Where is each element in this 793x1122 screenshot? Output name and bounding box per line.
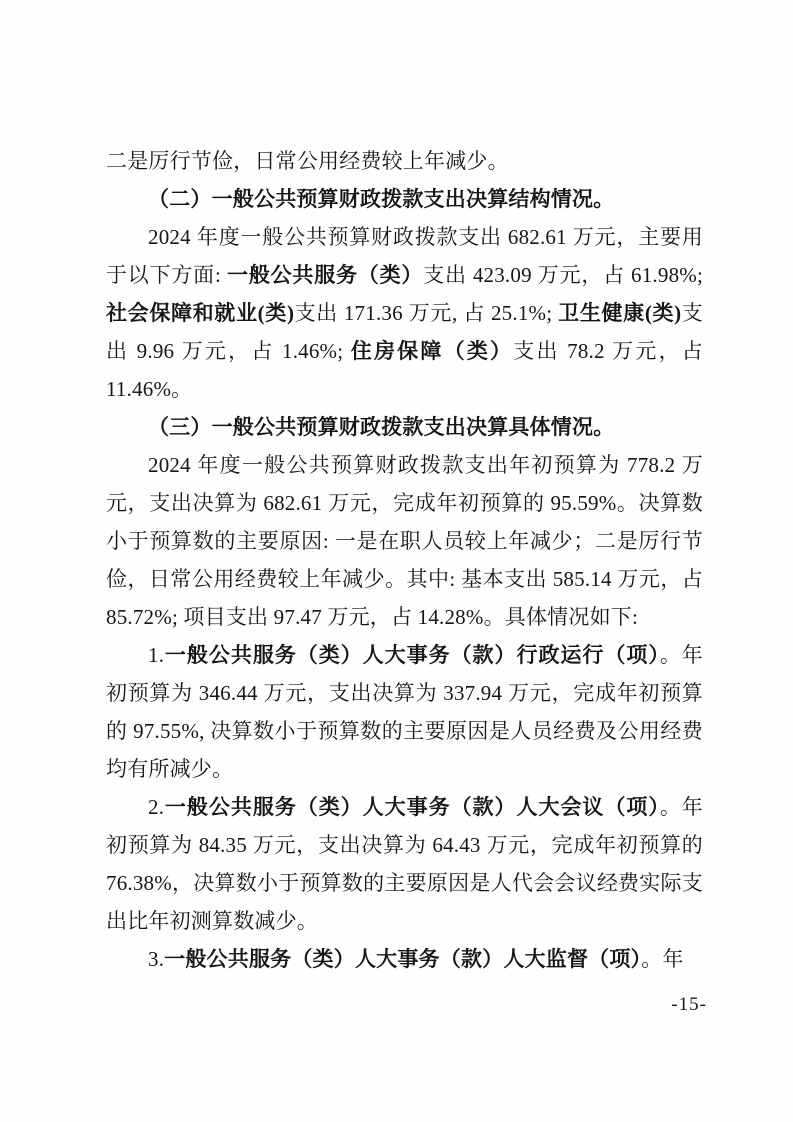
text-run: 1. xyxy=(148,643,164,667)
bold-text-run: （二）一般公共预算财政拨款支出决算结构情况。 xyxy=(148,187,614,211)
paragraph: 2024 年度一般公共预算财政拨款支出年初预算为 778.2 万元，支出决算为 … xyxy=(106,446,703,636)
text-run: 二是厉行节俭，日常公用经费较上年减少。 xyxy=(106,149,509,173)
paragraph: 二是厉行节俭，日常公用经费较上年减少。 xyxy=(106,142,703,180)
document-body: 二是厉行节俭，日常公用经费较上年减少。（二）一般公共预算财政拨款支出决算结构情况… xyxy=(106,142,703,978)
bold-text-run: 社会保障和就业(类) xyxy=(106,301,294,325)
bold-text-run: 一般公共服务（类） xyxy=(227,263,423,287)
text-run: 支出 423.09 万元，占 61.98%; xyxy=(423,263,703,287)
bold-text-run: 一般公共服务（类）人大事务（款）人大监督（项） xyxy=(164,947,641,971)
text-run: 3. xyxy=(148,947,164,971)
text-run: 2024 年度一般公共预算财政拨款支出年初预算为 778.2 万元，支出决算为 … xyxy=(106,453,703,629)
paragraph: （二）一般公共预算财政拨款支出决算结构情况。 xyxy=(106,180,703,218)
bold-text-run: 一般公共服务（类）人大事务（款）行政运行（项） xyxy=(164,643,660,667)
bold-text-run: 一般公共服务（类）人大事务（款）人大会议（项） xyxy=(164,795,660,819)
text-run: 支出 171.36 万元, 占 25.1%; xyxy=(294,301,558,325)
text-run: 2. xyxy=(148,795,164,819)
bold-text-run: 住房保障（类） xyxy=(351,339,514,363)
bold-text-run: （三）一般公共预算财政拨款支出决算具体情况。 xyxy=(148,415,614,439)
paragraph: （三）一般公共预算财政拨款支出决算具体情况。 xyxy=(106,408,703,446)
bold-text-run: 卫生健康(类) xyxy=(558,301,681,325)
text-run: 。年 xyxy=(641,947,683,971)
paragraph: 2024 年度一般公共预算财政拨款支出 682.61 万元，主要用于以下方面: … xyxy=(106,218,703,408)
paragraph: 3.一般公共服务（类）人大事务（款）人大监督（项）。年 xyxy=(106,940,703,978)
paragraph: 1.一般公共服务（类）人大事务（款）行政运行（项）。年初预算为 346.44 万… xyxy=(106,636,703,788)
page-number: -15- xyxy=(671,994,707,1016)
paragraph: 2.一般公共服务（类）人大事务（款）人大会议（项）。年初预算为 84.35 万元… xyxy=(106,788,703,940)
document-page: 二是厉行节俭，日常公用经费较上年减少。（二）一般公共预算财政拨款支出决算结构情况… xyxy=(0,0,793,1122)
